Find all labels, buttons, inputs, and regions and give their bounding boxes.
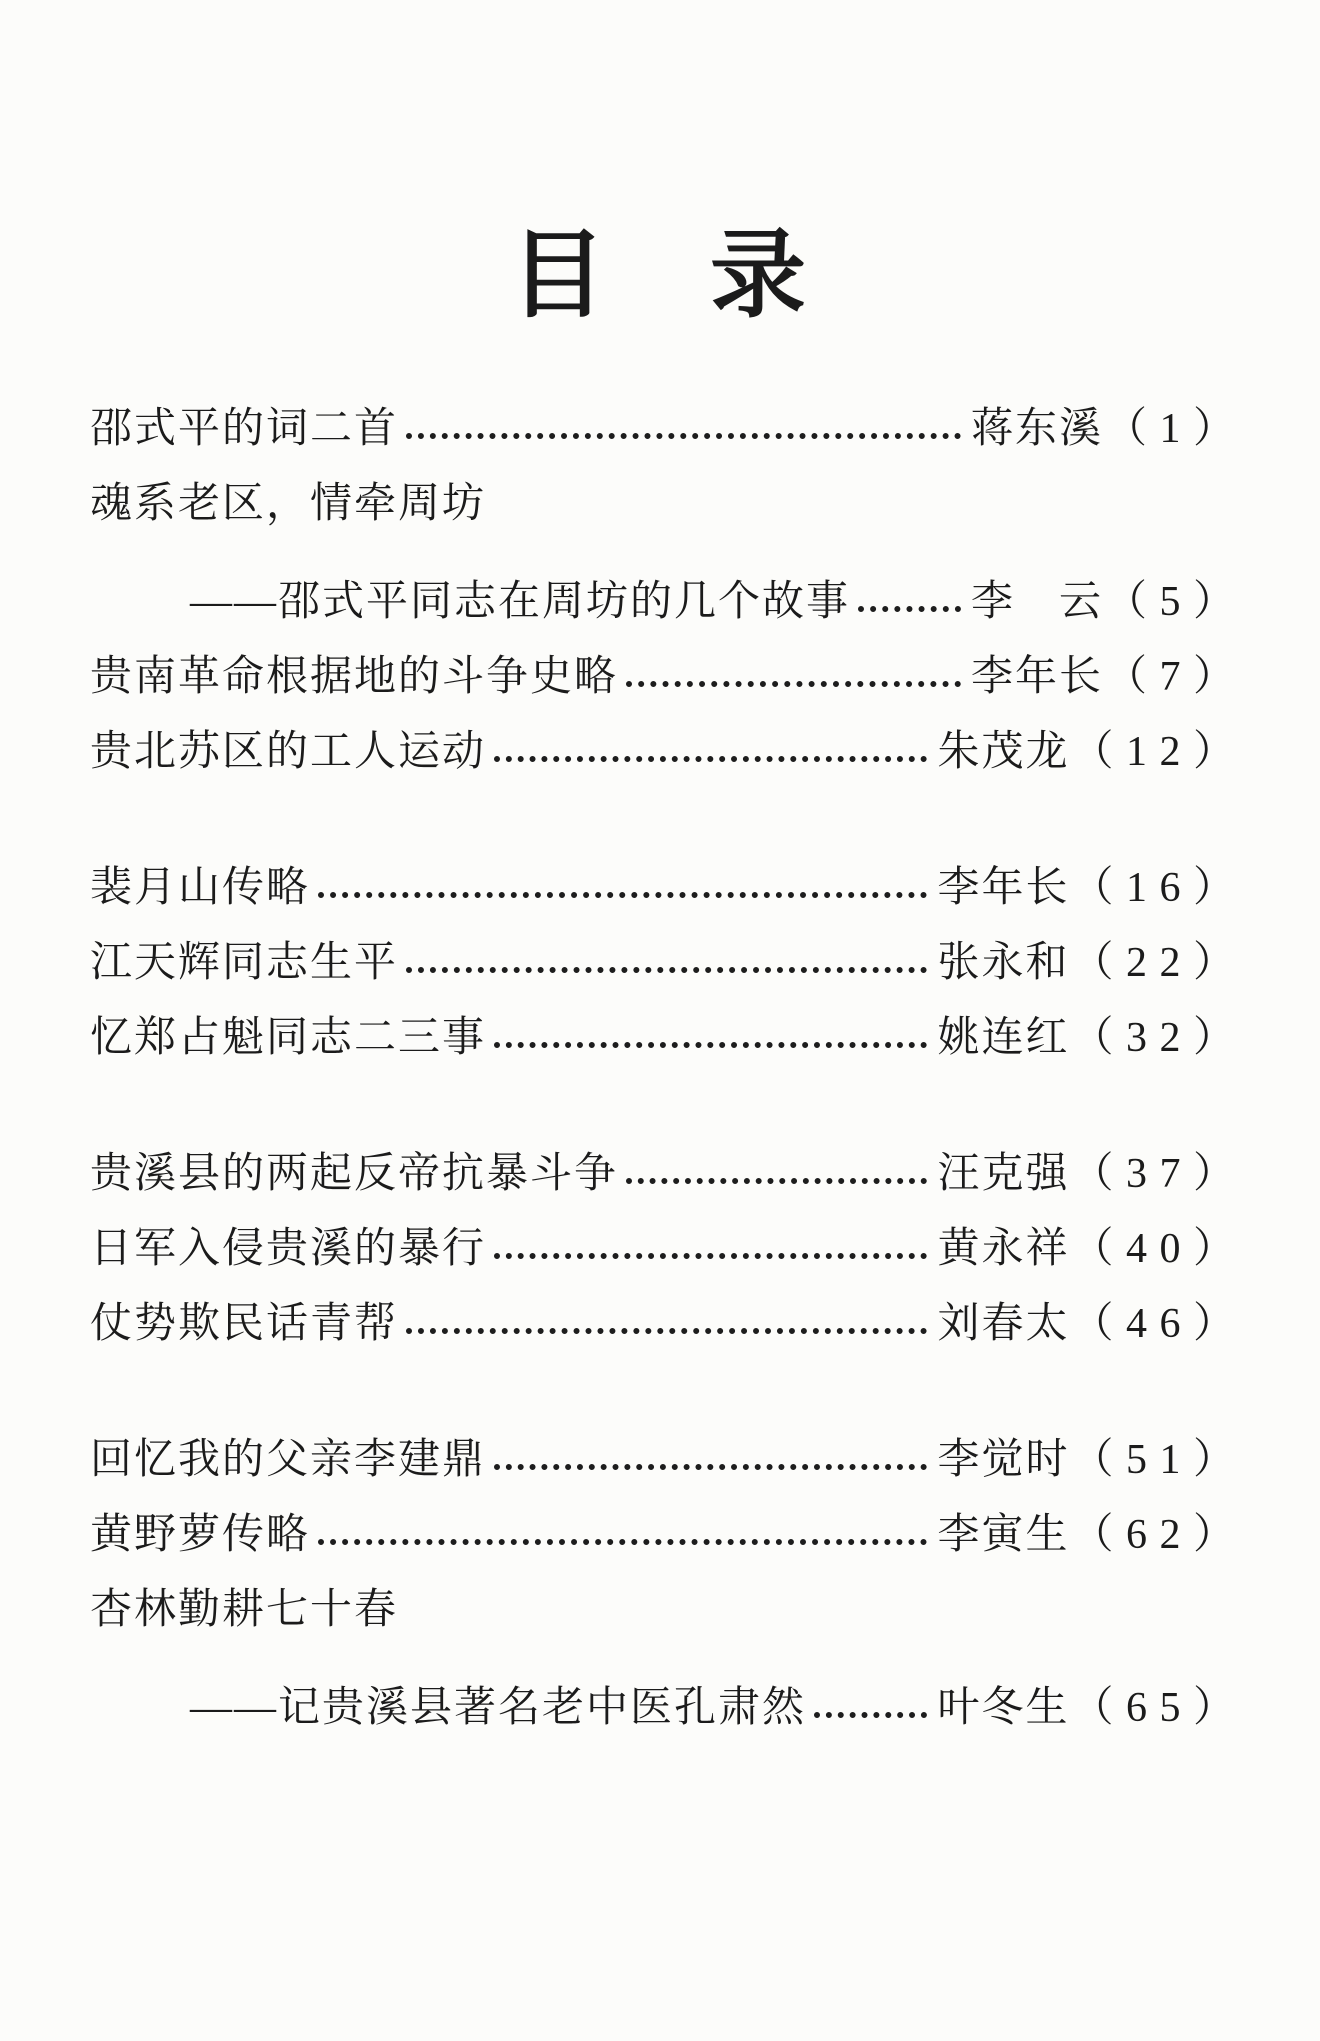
toc-entry-author: 李寅生	[937, 1514, 1069, 1556]
toc-entry-page: （ 6 5 ）	[1071, 1687, 1236, 1729]
toc-entry-title: 邵式平的词二首	[90, 408, 398, 450]
dotted-leader	[494, 1042, 927, 1048]
toc-entry: 日军入侵贵溪的暴行黄永祥（ 4 0 ）	[90, 1228, 1236, 1270]
toc-entry: 邵式平的词二首蒋东溪（ 1 ）	[90, 408, 1236, 450]
toc-entry-author: 朱茂龙	[937, 731, 1069, 773]
toc-entry: 忆郑占魁同志二三事姚连红（ 3 2 ）	[90, 1017, 1236, 1059]
toc-entry-title: 裴月山传略	[90, 867, 310, 909]
toc-entry-title: 贵溪县的两起反帝抗暴斗争	[90, 1153, 618, 1195]
toc-entry-title: 黄野萝传略	[90, 1514, 310, 1556]
toc-entry: 裴月山传略李年长（ 1 6 ）	[90, 867, 1236, 909]
toc-entry-author: 李 云	[971, 581, 1103, 623]
toc-entry: 仗势欺民话青帮刘春太（ 4 6 ）	[90, 1303, 1236, 1345]
dotted-leader	[406, 1328, 927, 1334]
toc-entry-title: 杏林勤耕七十春	[90, 1589, 398, 1631]
toc-group: 裴月山传略李年长（ 1 6 ）江天辉同志生平张永和（ 2 2 ）忆郑占魁同志二三…	[90, 867, 1236, 1059]
toc-entry-page: （ 7 ）	[1105, 656, 1236, 698]
toc-entry-title: 仗势欺民话青帮	[90, 1303, 398, 1345]
toc-entry: 贵南革命根据地的斗争史略李年长（ 7 ）	[90, 656, 1236, 698]
dotted-leader	[406, 433, 961, 439]
toc-entry-title: 忆郑占魁同志二三事	[90, 1017, 486, 1059]
toc-group: 回忆我的父亲李建鼎李觉时（ 5 1 ）黄野萝传略李寅生（ 6 2 ）杏林勤耕七十…	[90, 1439, 1236, 1729]
toc-entry-page: （ 4 0 ）	[1071, 1228, 1236, 1270]
dotted-leader	[406, 967, 927, 973]
dotted-leader	[318, 1539, 927, 1545]
toc-entry-page: （ 5 ）	[1105, 581, 1236, 623]
toc-entry-title: 日军入侵贵溪的暴行	[90, 1228, 486, 1270]
toc-entry: 贵北苏区的工人运动朱茂龙（ 1 2 ）	[90, 731, 1236, 773]
dotted-leader	[494, 1253, 927, 1259]
toc-entry: ——记贵溪县著名老中医孔肃然叶冬生（ 6 5 ）	[190, 1687, 1236, 1729]
toc-entry: ——邵式平同志在周坊的几个故事李 云（ 5 ）	[190, 581, 1236, 623]
toc-entry-title: ——记贵溪县著名老中医孔肃然	[190, 1687, 806, 1729]
toc-entry-page: （ 4 6 ）	[1071, 1303, 1236, 1345]
toc-entry-page: （ 1 2 ）	[1071, 731, 1236, 773]
page-title: 目 录	[0, 0, 1320, 324]
toc-entry: 回忆我的父亲李建鼎李觉时（ 5 1 ）	[90, 1439, 1236, 1481]
dotted-leader	[626, 1178, 927, 1184]
toc-entry-author: 姚连红	[937, 1017, 1069, 1059]
toc-entry-page: （ 1 ）	[1105, 408, 1236, 450]
toc-entry-title: 魂系老区，情牵周坊	[90, 483, 486, 525]
toc-entry-page: （ 2 2 ）	[1071, 942, 1236, 984]
scanned-toc-page: 目 录 邵式平的词二首蒋东溪（ 1 ）魂系老区，情牵周坊——邵式平同志在周坊的几…	[0, 0, 1320, 2041]
toc-entry-title: 贵南革命根据地的斗争史略	[90, 656, 618, 698]
toc-entry: 杏林勤耕七十春	[90, 1589, 1236, 1631]
toc-entry-page: （ 1 6 ）	[1071, 867, 1236, 909]
toc-entry-author: 李年长	[971, 656, 1103, 698]
toc-entry-page: （ 3 7 ）	[1071, 1153, 1236, 1195]
dotted-leader	[494, 756, 927, 762]
toc-entry-title: 江天辉同志生平	[90, 942, 398, 984]
toc-entry-author: 刘春太	[937, 1303, 1069, 1345]
toc-entry-page: （ 6 2 ）	[1071, 1514, 1236, 1556]
toc-entry-page: （ 5 1 ）	[1071, 1439, 1236, 1481]
toc-group: 邵式平的词二首蒋东溪（ 1 ）魂系老区，情牵周坊——邵式平同志在周坊的几个故事李…	[90, 408, 1236, 773]
toc-group: 贵溪县的两起反帝抗暴斗争汪克强（ 3 7 ）日军入侵贵溪的暴行黄永祥（ 4 0 …	[90, 1153, 1236, 1345]
dotted-leader	[858, 606, 961, 612]
toc-entry: 贵溪县的两起反帝抗暴斗争汪克强（ 3 7 ）	[90, 1153, 1236, 1195]
toc-entry-author: 李觉时	[937, 1439, 1069, 1481]
dotted-leader	[626, 681, 961, 687]
toc-entry-page: （ 3 2 ）	[1071, 1017, 1236, 1059]
dotted-leader	[814, 1712, 927, 1718]
table-of-contents: 邵式平的词二首蒋东溪（ 1 ）魂系老区，情牵周坊——邵式平同志在周坊的几个故事李…	[90, 408, 1236, 1729]
toc-entry-title: 回忆我的父亲李建鼎	[90, 1439, 486, 1481]
toc-entry-author: 汪克强	[937, 1153, 1069, 1195]
toc-entry-title: ——邵式平同志在周坊的几个故事	[190, 581, 850, 623]
toc-entry-author: 李年长	[937, 867, 1069, 909]
toc-entry: 江天辉同志生平张永和（ 2 2 ）	[90, 942, 1236, 984]
toc-entry: 魂系老区，情牵周坊	[90, 483, 1236, 525]
toc-entry-title: 贵北苏区的工人运动	[90, 731, 486, 773]
toc-entry-author: 黄永祥	[937, 1228, 1069, 1270]
toc-entry-author: 蒋东溪	[971, 408, 1103, 450]
toc-entry-author: 张永和	[937, 942, 1069, 984]
toc-entry-author: 叶冬生	[937, 1687, 1069, 1729]
toc-entry: 黄野萝传略李寅生（ 6 2 ）	[90, 1514, 1236, 1556]
dotted-leader	[318, 892, 927, 898]
dotted-leader	[494, 1464, 927, 1470]
